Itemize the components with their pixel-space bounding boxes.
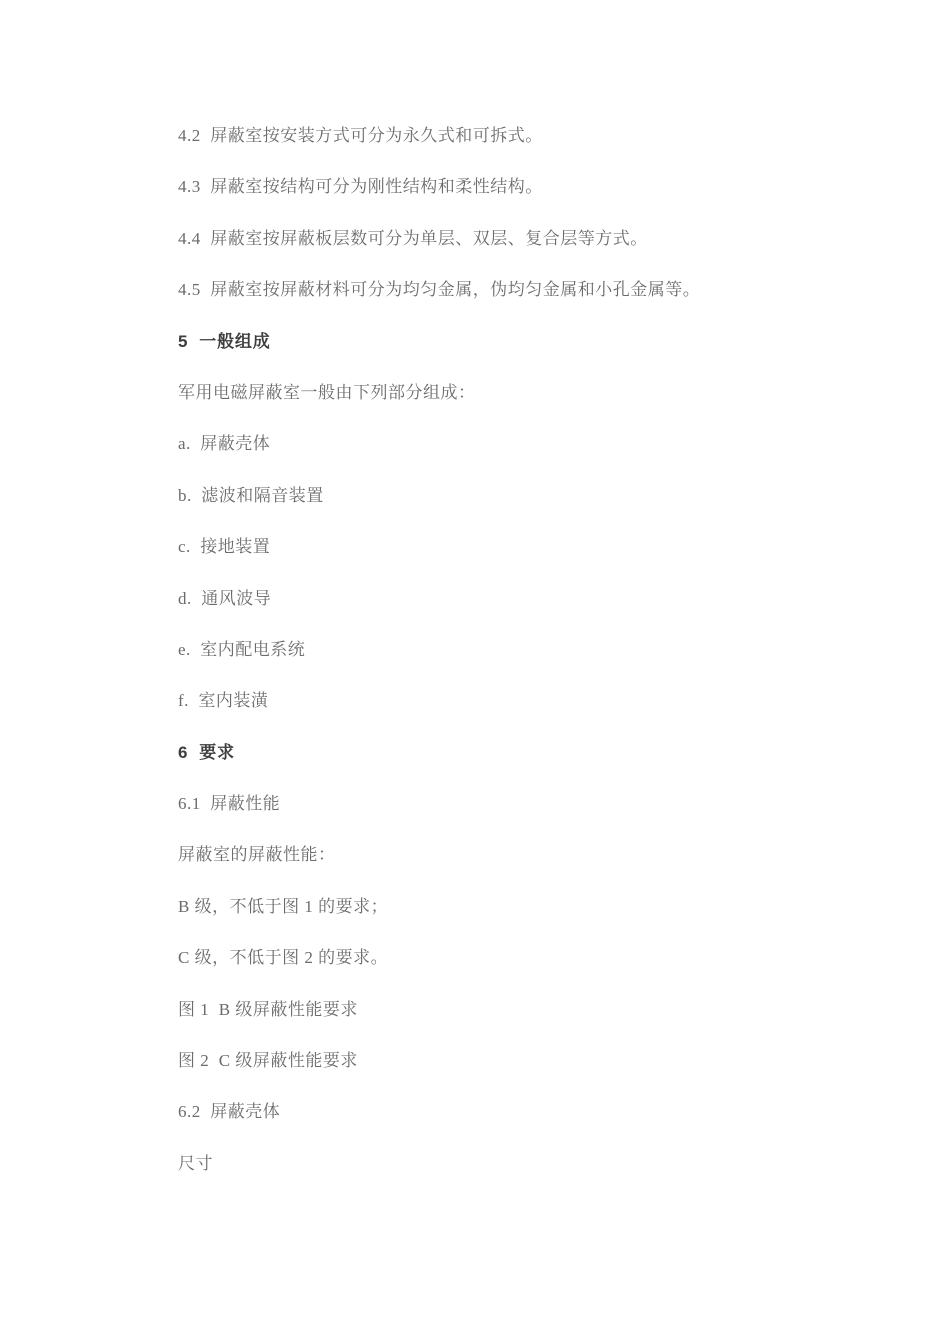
para-4-2: 4.2 屏蔽室按安装方式可分为永久式和可拆式。 (178, 123, 890, 149)
para-4-3: 4.3 屏蔽室按结构可分为刚性结构和柔性结构。 (178, 174, 890, 200)
para-grade-b: B 级，不低于图 1 的要求； (178, 894, 890, 920)
list-item-f: f. 室内装潢 (178, 688, 890, 714)
para-composition-intro: 军用电磁屏蔽室一般由下列部分组成： (178, 380, 890, 406)
list-item-d: d. 通风波导 (178, 586, 890, 612)
list-item-a: a. 屏蔽壳体 (178, 431, 890, 457)
document-page: 4.2 屏蔽室按安装方式可分为永久式和可拆式。 4.3 屏蔽室按结构可分为刚性结… (0, 0, 950, 1344)
section-heading-6: 6 要求 (178, 740, 890, 766)
figure-caption-2: 图 2 C 级屏蔽性能要求 (178, 1048, 890, 1074)
para-4-4: 4.4 屏蔽室按屏蔽板层数可分为单层、双层、复合层等方式。 (178, 226, 890, 252)
list-item-c: c. 接地装置 (178, 534, 890, 560)
para-4-5: 4.5 屏蔽室按屏蔽材料可分为均匀金属，伪均匀金属和小孔金属等。 (178, 277, 890, 303)
figure-caption-1: 图 1 B 级屏蔽性能要求 (178, 997, 890, 1023)
list-item-b: b. 滤波和隔音装置 (178, 483, 890, 509)
para-grade-c: C 级，不低于图 2 的要求。 (178, 945, 890, 971)
para-6-2: 6.2 屏蔽壳体 (178, 1099, 890, 1125)
list-item-e: e. 室内配电系统 (178, 637, 890, 663)
para-dimensions: 尺寸 (178, 1151, 890, 1177)
para-shielding-performance: 屏蔽室的屏蔽性能： (178, 842, 890, 868)
section-heading-5: 5 一般组成 (178, 329, 890, 355)
para-6-1: 6.1 屏蔽性能 (178, 791, 890, 817)
